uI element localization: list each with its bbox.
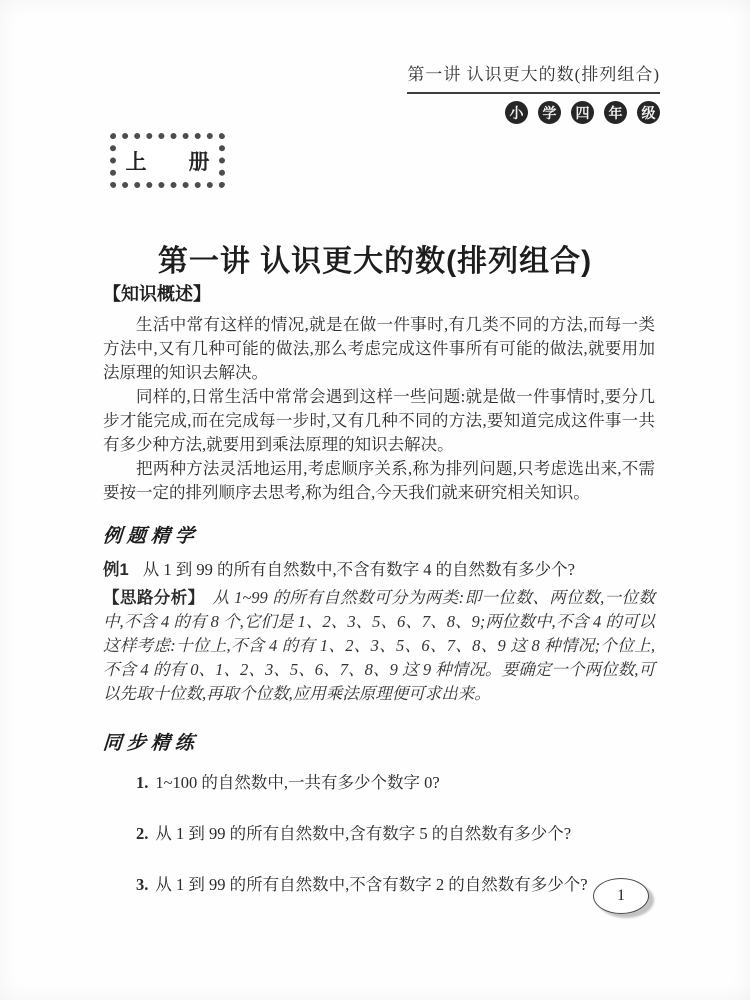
- practice-question-1: 1.1~100 的自然数中,一共有多少个数字 0?: [103, 771, 655, 795]
- grade-badge: 学: [538, 101, 561, 124]
- example-1: 例1从 1 到 99 的所有自然数中,不含有数字 4 的自然数有多少个?: [103, 558, 655, 582]
- grade-badge: 年: [604, 101, 627, 124]
- page-content: 【知识概述】 生活中常有这样的情况,就是在做一件事时,有几类不同的方法,而每一类…: [103, 280, 655, 897]
- knowledge-paragraph: 把两种方法灵活地运用,考虑顺序关系,称为排列问题,只考虑选出来,不需要按一定的排…: [103, 457, 655, 505]
- question-number: 1.: [136, 773, 148, 792]
- grade-badge-row: 小 学 四 年 级: [407, 101, 660, 124]
- running-header: 第一讲 认识更大的数(排列组合) 小 学 四 年 级: [407, 60, 660, 124]
- textbook-page: 第一讲 认识更大的数(排列组合) 小 学 四 年 级 上 册 第一讲 认识更大的…: [0, 0, 750, 1000]
- example-1-label: 例1: [103, 561, 129, 579]
- knowledge-paragraph: 生活中常有这样的情况,就是在做一件事时,有几类不同的方法,而每一类方法中,又有几…: [103, 313, 655, 385]
- page-title: 第一讲 认识更大的数(排列组合): [0, 236, 750, 280]
- practice-question-3: 3.从 1 到 99 的所有自然数中,不含有数字 2 的自然数有多少个?: [103, 873, 655, 897]
- running-header-title: 第一讲 认识更大的数(排列组合): [407, 60, 660, 94]
- knowledge-overview-heading: 【知识概述】: [103, 280, 655, 306]
- practice-section-heading: 同步精练: [102, 728, 200, 755]
- page-number-oval: 1: [593, 878, 649, 914]
- grade-badge: 小: [505, 101, 528, 124]
- analysis-label: 【思路分析】: [103, 589, 205, 607]
- volume-label: 上 册: [126, 146, 210, 176]
- question-text: 从 1 到 99 的所有自然数中,不含有数字 2 的自然数有多少个?: [155, 875, 587, 894]
- question-number: 3.: [136, 875, 148, 894]
- question-number: 2.: [136, 824, 148, 843]
- example-1-text: 从 1 到 99 的所有自然数中,不含有数字 4 的自然数有多少个?: [143, 560, 575, 579]
- volume-ornament-box: 上 册: [110, 133, 225, 188]
- knowledge-paragraph: 同样的,日常生活中常常会遇到这样一些问题:就是做一件事情时,要分几步才能完成,而…: [103, 385, 655, 457]
- grade-badge: 级: [637, 101, 660, 124]
- practice-question-2: 2.从 1 到 99 的所有自然数中,含有数字 5 的自然数有多少个?: [103, 822, 655, 846]
- page-number: 1: [617, 887, 625, 905]
- question-text: 从 1 到 99 的所有自然数中,含有数字 5 的自然数有多少个?: [155, 824, 571, 843]
- grade-badge: 四: [571, 101, 594, 124]
- example-section-heading: 例题精学: [102, 521, 200, 548]
- question-text: 1~100 的自然数中,一共有多少个数字 0?: [155, 773, 439, 792]
- analysis-block: 【思路分析】从 1~99 的所有自然数可分为两类:即一位数、两位数,一位数中,不…: [103, 586, 655, 706]
